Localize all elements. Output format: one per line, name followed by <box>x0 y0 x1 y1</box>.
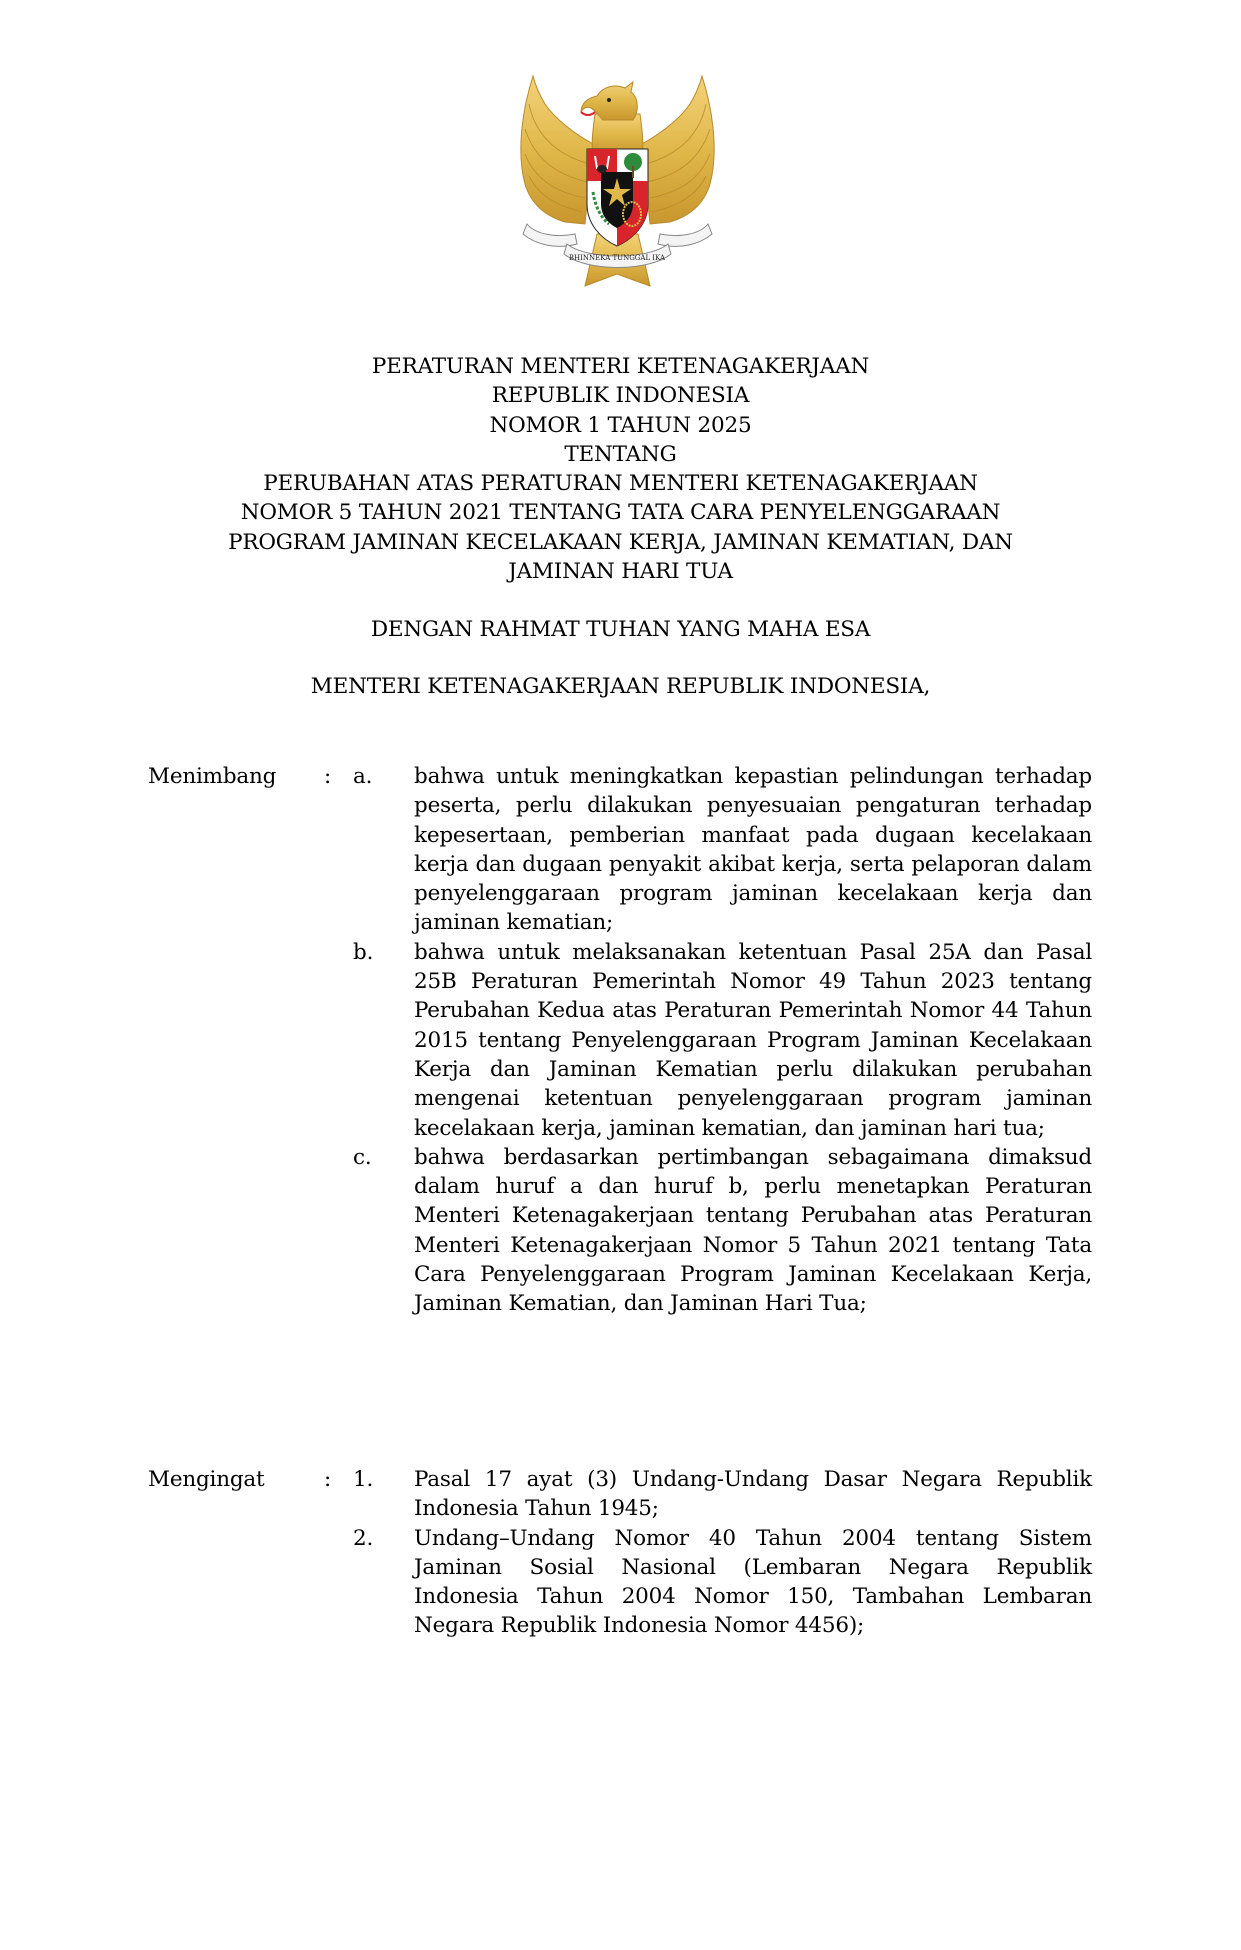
garuda-pancasila-emblem-icon: BHINNEKA TUNGGAL IKA <box>515 74 720 292</box>
item-marker: b. <box>353 938 373 967</box>
item-text: bahwa berdasarkan pertimbangan sebagaima… <box>414 1143 1092 1319</box>
title-line: TENTANG <box>100 440 1141 469</box>
item-marker: c. <box>353 1143 371 1172</box>
item-text: bahwa untuk meningkatkan kepastian pelin… <box>414 762 1092 938</box>
section-menimbang: Menimbang : a. bahwa untuk meningkatkan … <box>148 762 1092 1319</box>
section-mengingat: Mengingat : 1. Pasal 17 ayat (3) Undang-… <box>148 1465 1092 1641</box>
regulation-title: PERATURAN MENTERI KETENAGAKERJAAN REPUBL… <box>100 352 1141 586</box>
title-line: NOMOR 5 TAHUN 2021 TENTANG TATA CARA PEN… <box>100 498 1141 527</box>
title-line: PERATURAN MENTERI KETENAGAKERJAAN <box>100 352 1141 381</box>
title-line: PERUBAHAN ATAS PERATURAN MENTERI KETENAG… <box>100 469 1141 498</box>
item-marker: 2. <box>353 1524 373 1553</box>
list-item: c. bahwa berdasarkan pertimbangan sebaga… <box>148 1143 1092 1319</box>
svg-text:BHINNEKA TUNGGAL IKA: BHINNEKA TUNGGAL IKA <box>569 254 666 262</box>
item-marker: a. <box>353 762 372 791</box>
title-line: PROGRAM JAMINAN KECELAKAAN KERJA, JAMINA… <box>100 528 1141 557</box>
list-item: 2. Undang–Undang Nomor 40 Tahun 2004 ten… <box>148 1524 1092 1641</box>
title-line: NOMOR 1 TAHUN 2025 <box>100 411 1141 440</box>
document-page: BHINNEKA TUNGGAL IKA PERATURAN MENTERI K… <box>0 0 1241 1950</box>
title-line: REPUBLIK INDONESIA <box>100 381 1141 410</box>
preamble-rahmat: DENGAN RAHMAT TUHAN YANG MAHA ESA <box>100 615 1141 644</box>
item-text: Pasal 17 ayat (3) Undang-Undang Dasar Ne… <box>414 1465 1092 1524</box>
list-item: 1. Pasal 17 ayat (3) Undang-Undang Dasar… <box>148 1465 1092 1524</box>
item-text: bahwa untuk melaksanakan ketentuan Pasal… <box>414 938 1092 1143</box>
list-item: b. bahwa untuk melaksanakan ketentuan Pa… <box>148 938 1092 1143</box>
preamble-menteri: MENTERI KETENAGAKERJAAN REPUBLIK INDONES… <box>100 672 1141 701</box>
item-marker: 1. <box>353 1465 373 1494</box>
list-item: a. bahwa untuk meningkatkan kepastian pe… <box>148 762 1092 938</box>
item-text: Undang–Undang Nomor 40 Tahun 2004 tentan… <box>414 1524 1092 1641</box>
title-line: JAMINAN HARI TUA <box>100 557 1141 586</box>
